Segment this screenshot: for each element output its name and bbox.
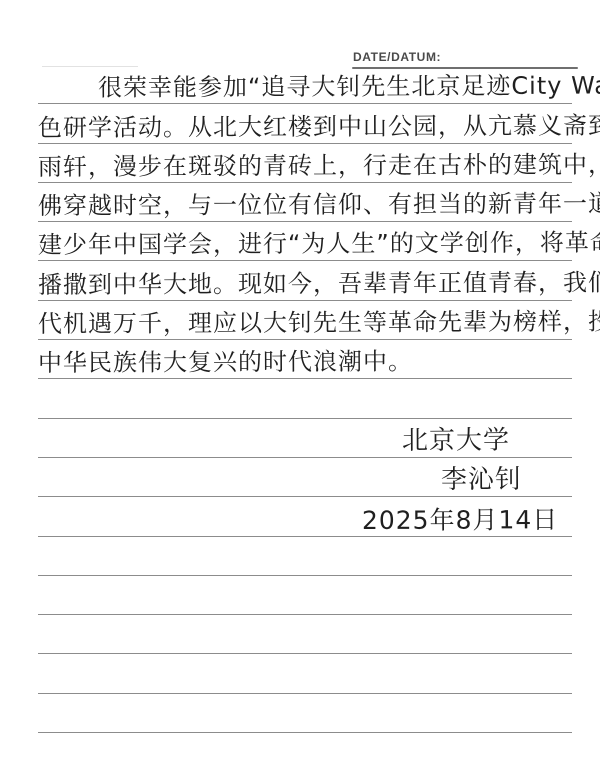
handwriting-line-7: 代机遇万千，理应以大钊先生等革命先辈为榜样，投入到 [38, 301, 572, 340]
handwriting-line-5: 建少年中国学会，进行“为人生”的文学创作，将革命的星火 [38, 222, 572, 261]
ruled-lines-area: 很荣幸能参加“追寻大钊先生北京足迹City Walk”红 色研学活动。从北大红楼… [38, 65, 572, 733]
signature-name-line: 李沁钊 [38, 458, 572, 497]
ruled-line-blank [38, 379, 572, 418]
handwritten-text: 建少年中国学会，进行“为人生”的文学创作，将革命的星火 [38, 231, 600, 261]
signature-organization-line: 北京大学 [38, 419, 572, 458]
ruled-line-blank [38, 576, 572, 615]
handwritten-text: 很荣幸能参加“追寻大钊先生北京足迹City Walk”红 [38, 74, 600, 104]
ruled-line-blank [38, 654, 572, 693]
handwritten-text: 代机遇万千，理应以大钊先生等革命先辈为榜样，投入到 [38, 309, 600, 339]
handwriting-line-8: 中华民族伟大复兴的时代浪潮中。 [38, 340, 572, 379]
notebook-page: DATE/DATUM: 很荣幸能参加“追寻大钊先生北京足迹City Walk”红… [0, 0, 600, 768]
ruled-line-blank [38, 694, 572, 733]
signature-date: 2025年8月14日 [362, 507, 572, 536]
handwriting-line-6: 播撒到中华大地。现如今，吾辈青年正值青春，我们的时 [38, 261, 572, 300]
ruled-line-blank [38, 537, 572, 576]
signature-name: 李沁钊 [441, 467, 572, 497]
handwritten-text: 色研学活动。从北大红楼到中山公园，从亢慕义斋到来今 [38, 113, 600, 143]
handwriting-line-1: 很荣幸能参加“追寻大钊先生北京足迹City Walk”红 [38, 65, 572, 104]
date-datum-label: DATE/DATUM: [353, 50, 441, 64]
handwritten-text: 中华民族伟大复兴的时代浪潮中。 [38, 350, 413, 379]
handwriting-line-4: 佛穿越时空，与一位位有信仰、有担当的新青年一道，组 [38, 183, 572, 222]
handwritten-text: 雨轩，漫步在斑驳的青砖上，行走在古朴的建筑中，我仿 [38, 152, 600, 182]
ruled-line-blank [38, 615, 572, 654]
handwritten-text: 佛穿越时空，与一位位有信仰、有担当的新青年一道，组 [38, 191, 600, 221]
handwritten-text: 播撒到中华大地。现如今，吾辈青年正值青春，我们的时 [38, 270, 600, 300]
signature-organization: 北京大学 [402, 427, 572, 457]
handwriting-line-3: 雨轩，漫步在斑驳的青砖上，行走在古朴的建筑中，我仿 [38, 144, 572, 183]
signature-date-line: 2025年8月14日 [38, 497, 572, 536]
handwriting-line-2: 色研学活动。从北大红楼到中山公园，从亢慕义斋到来今 [38, 104, 572, 143]
